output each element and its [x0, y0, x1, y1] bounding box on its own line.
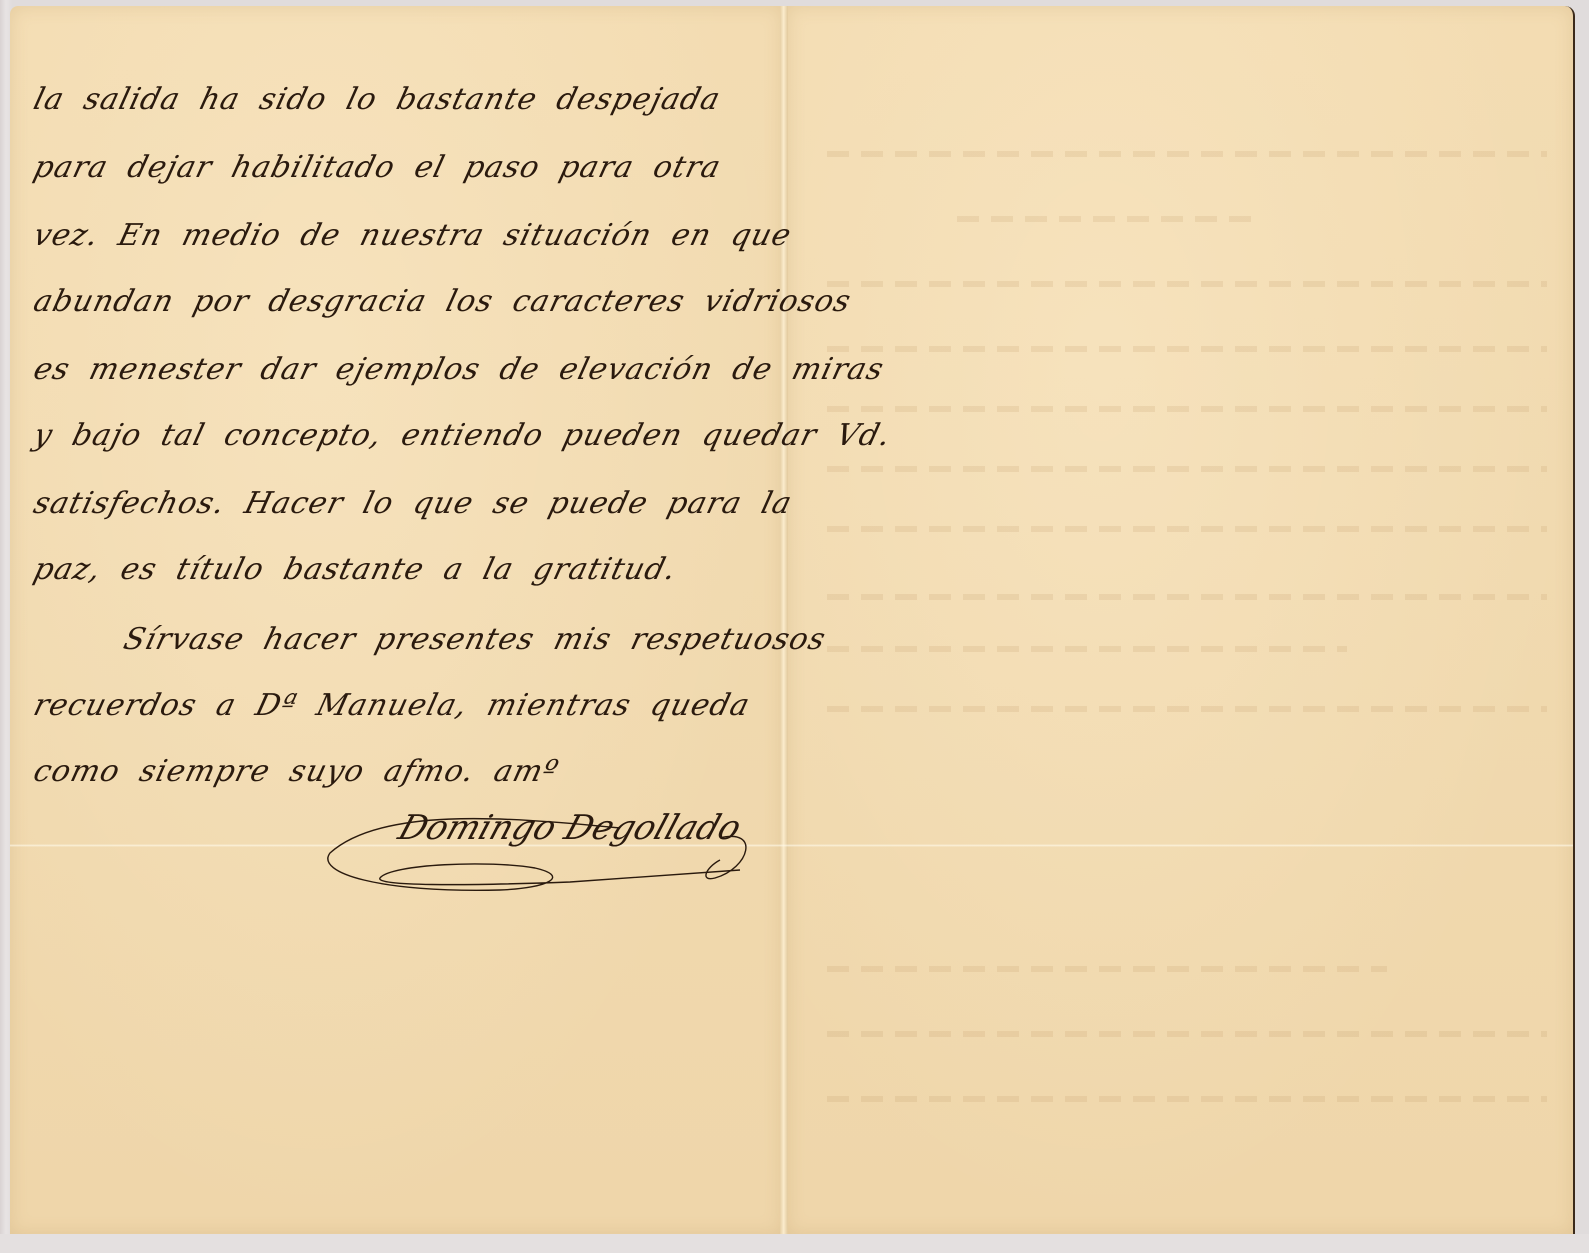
scan-bottom-edge [0, 1234, 1589, 1253]
ink-showthrough [827, 966, 1387, 972]
signature-name: Domingo Degollado [394, 808, 747, 848]
letter-line: paz, es título bastante a la gratitud. [30, 552, 680, 587]
ink-showthrough [827, 466, 1547, 472]
letter-line: satisfechos. Hacer lo que se puede para … [30, 486, 796, 521]
letter-page-left [10, 6, 782, 1234]
letter-line: es menester dar ejemplos de elevación de… [30, 352, 888, 387]
ink-showthrough [827, 151, 1547, 157]
ink-showthrough [827, 594, 1547, 600]
letter-page-right [787, 6, 1575, 1234]
letter-line: abundan por desgracia los caracteres vid… [30, 284, 855, 319]
ink-showthrough [827, 706, 1547, 712]
ink-showthrough [827, 1096, 1547, 1102]
ink-showthrough [827, 1031, 1547, 1037]
ink-showthrough [827, 526, 1547, 532]
ink-showthrough [957, 216, 1257, 222]
ink-showthrough [827, 346, 1547, 352]
page-spine-fold [780, 6, 788, 1234]
letter-line: recuerdos a Dª Manuela, mientras queda [30, 688, 754, 723]
ink-showthrough [827, 646, 1347, 652]
letter-line: para dejar habilitado el paso para otra [30, 150, 725, 185]
letter-line: la salida ha sido lo bastante despejada [30, 82, 724, 117]
letter-line: como siempre suyo afmo. amº [30, 754, 562, 789]
letter-line: Sírvase hacer presentes mis respetuosos [120, 622, 830, 657]
letter-line: vez. En medio de nuestra situación en qu… [30, 218, 795, 253]
horizontal-fold-line [10, 844, 1573, 847]
signature: Domingo Degollado [320, 798, 760, 898]
ink-showthrough [827, 281, 1547, 287]
letter-line: y bajo tal concepto, entiendo pueden que… [30, 418, 895, 453]
ink-showthrough [827, 406, 1547, 412]
